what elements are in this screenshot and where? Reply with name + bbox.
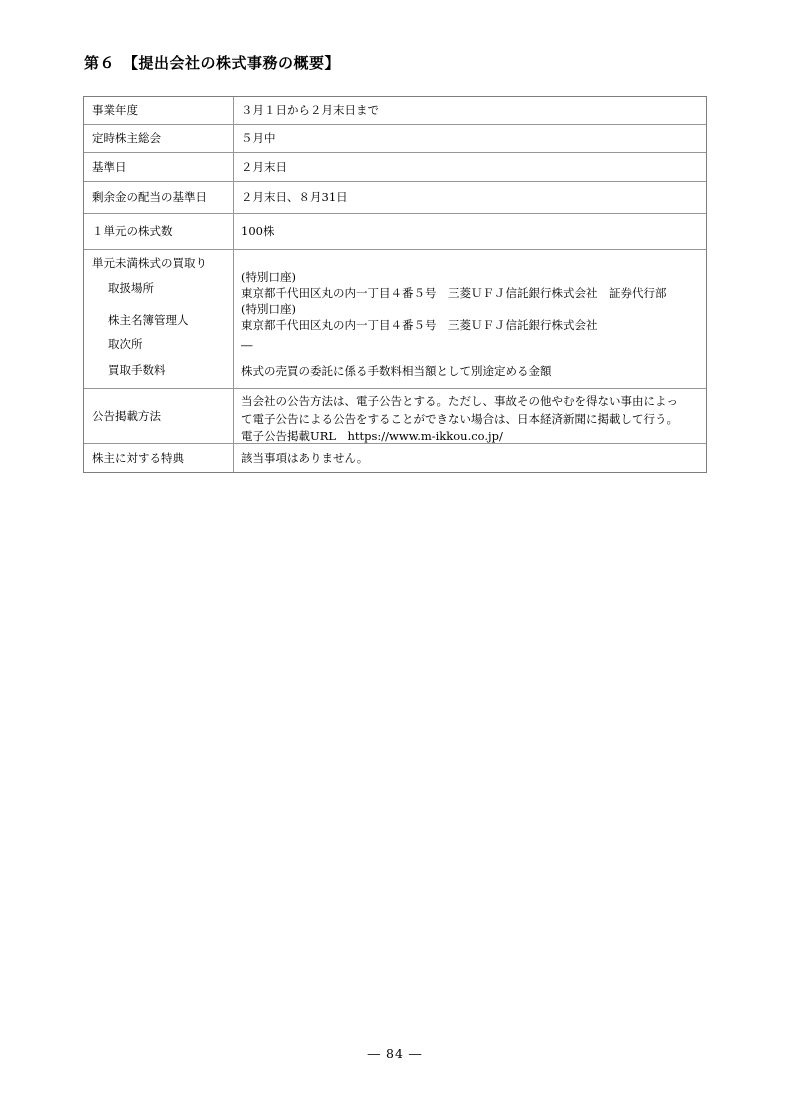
handling-place-address: 東京都千代田区丸の内一丁目４番５号 三菱ＵＦＪ信託銀行株式会社 証券代行部 xyxy=(241,286,667,300)
page-number: ― 84 ― xyxy=(0,1046,790,1061)
special-account-note: (特別口座) xyxy=(241,302,296,316)
sub-label-agency: 取次所 xyxy=(108,337,143,352)
table-row-general-meeting: 定時株主総会 ５月中 xyxy=(84,124,706,152)
table-row-record-date: 基準日 ２月末日 xyxy=(84,152,706,181)
registrar-value: (特別口座) 東京都千代田区丸の内一丁目４番５号 三菱ＵＦＪ信託銀行株式会社 xyxy=(241,301,598,333)
table-row-odd-lot-buyback: 単元未満株式の買取り 取扱場所 株主名簿管理人 取次所 買取手数料 (特別口座)… xyxy=(84,249,706,388)
notice-text-line2: て電子公告による公告をすることができない場合は、日本経済新聞に掲載して行う。 xyxy=(241,411,700,429)
agency-value: ― xyxy=(241,337,253,353)
row-label: 事業年度 xyxy=(84,97,234,124)
notice-url-line: 電子公告掲載URL https://www.m-ikkou.co.jp/ xyxy=(241,428,700,446)
row-value: ２月末日 xyxy=(234,153,706,181)
table-row-public-notice: 公告掲載方法 当会社の公告方法は、電子公告とする。ただし、事故その他やむを得ない… xyxy=(84,388,706,443)
row-value: ３月１日から２月末日まで xyxy=(234,97,706,124)
table-row-shareholder-benefits: 株主に対する特典 該当事項はありません。 xyxy=(84,443,706,472)
row-value: ５月中 xyxy=(234,125,706,152)
row-value: 100株 xyxy=(234,214,706,249)
page-title: 第６ 【提出会社の株式事務の概要】 xyxy=(84,52,340,73)
sub-label-handling-place: 取扱場所 xyxy=(108,281,154,296)
row-value: 該当事項はありません。 xyxy=(234,444,706,472)
share-handling-table: 事業年度 ３月１日から２月末日まで 定時株主総会 ５月中 基準日 ２月末日 剰余… xyxy=(83,96,707,473)
row-value: ２月末日、８月31日 xyxy=(234,182,706,213)
public-notice-value: 当会社の公告方法は、電子公告とする。ただし、事故その他やむを得ない事由によっ て… xyxy=(234,389,706,443)
table-row-share-unit: １単元の株式数 100株 xyxy=(84,213,706,249)
sub-label-registrar: 株主名簿管理人 xyxy=(108,313,189,328)
row-label: １単元の株式数 xyxy=(84,214,234,249)
fee-value: 株式の売買の委託に係る手数料相当額として別途定める金額 xyxy=(241,363,552,379)
registrar-address: 東京都千代田区丸の内一丁目４番５号 三菱ＵＦＪ信託銀行株式会社 xyxy=(241,318,598,332)
row-label: 定時株主総会 xyxy=(84,125,234,152)
row-label: 剰余金の配当の基準日 xyxy=(84,182,234,213)
buyback-label-column: 単元未満株式の買取り 取扱場所 株主名簿管理人 取次所 買取手数料 xyxy=(84,250,234,388)
handling-place-value: (特別口座) 東京都千代田区丸の内一丁目４番５号 三菱ＵＦＪ信託銀行株式会社 証… xyxy=(241,269,667,301)
sub-label-fee: 買取手数料 xyxy=(108,363,166,378)
special-account-note: (特別口座) xyxy=(241,270,296,284)
notice-text-line1: 当会社の公告方法は、電子公告とする。ただし、事故その他やむを得ない事由によっ xyxy=(241,393,700,411)
table-row-fiscal-year: 事業年度 ３月１日から２月末日まで xyxy=(84,97,706,124)
row-label: 公告掲載方法 xyxy=(84,389,234,443)
table-row-dividend-record-date: 剰余金の配当の基準日 ２月末日、８月31日 xyxy=(84,181,706,213)
section-label: 単元未満株式の買取り xyxy=(92,256,207,271)
buyback-value-column: (特別口座) 東京都千代田区丸の内一丁目４番５号 三菱ＵＦＪ信託銀行株式会社 証… xyxy=(234,250,706,388)
row-label: 基準日 xyxy=(84,153,234,181)
row-label: 株主に対する特典 xyxy=(84,444,234,472)
